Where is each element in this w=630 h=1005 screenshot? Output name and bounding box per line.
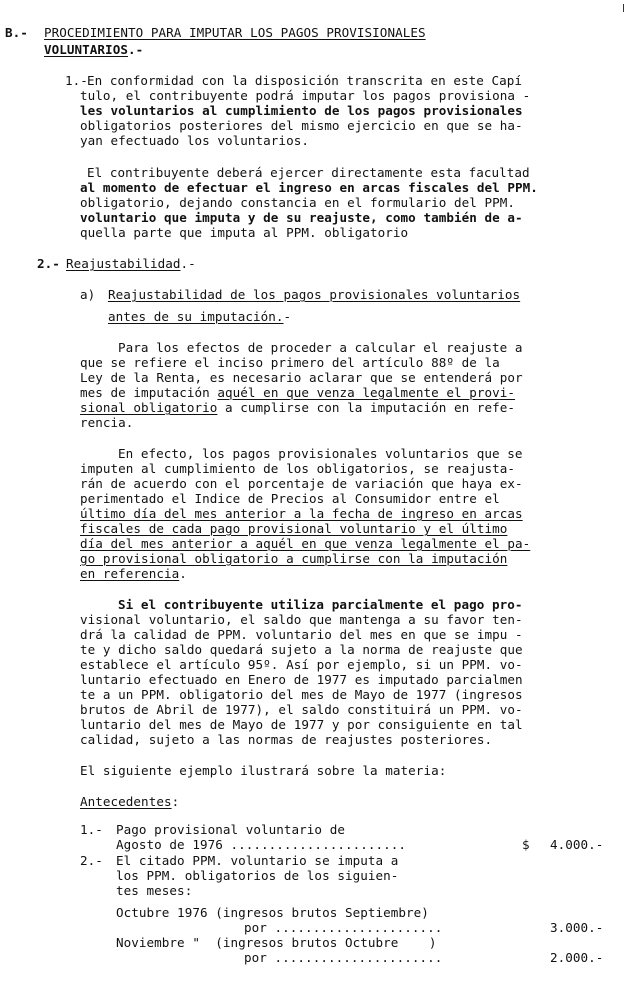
scan-mark: [623, 4, 624, 12]
month-line: por ......................: [244, 951, 442, 965]
currency-symbol: $: [522, 838, 530, 852]
p-line: que se refiere el inciso primero del art…: [80, 356, 500, 370]
p-line: en referencia.: [80, 567, 187, 581]
item1-p2-line: voluntario que imputa y de su reajuste, …: [80, 211, 523, 225]
item1-line: obligatorios posteriores del mismo ejerc…: [80, 119, 523, 133]
p-line: establece el artículo 95º. Así por ejemp…: [80, 658, 523, 672]
p-line: imputen al cumplimiento de los obligator…: [80, 462, 515, 476]
p-line: calidad, sujeto a las normas de reajuste…: [80, 733, 492, 747]
sub-a-marker: a): [80, 288, 95, 302]
p-line: go provisional obligatorio a cumplirse c…: [80, 552, 507, 566]
list-number: 1.-: [80, 823, 103, 837]
item2-heading: Reajustabilidad.-: [66, 257, 196, 271]
section-letter: B.-: [5, 26, 28, 40]
sub-a-heading: Reajustabilidad de los pagos provisional…: [108, 288, 520, 302]
month-line: por ......................: [244, 921, 442, 935]
p-line: Si el contribuyente utiliza parcialmente…: [118, 598, 523, 612]
item1-number: 1.-: [65, 74, 88, 88]
p-line: perimentado el Indice de Precios al Cons…: [80, 492, 500, 506]
section-title: PROCEDIMIENTO PARA IMPUTAR LOS PAGOS PRO…: [44, 26, 426, 40]
p-line: rencia.: [80, 416, 133, 430]
example-intro: El siguiente ejemplo ilustrará sobre la …: [80, 764, 446, 778]
amount: 4.000.-: [550, 838, 603, 852]
list-number: 2.-: [80, 854, 103, 868]
p-line: rán de acuerdo con el porcentaje de vari…: [80, 477, 523, 491]
p-line: mes de imputación aquél en que venza leg…: [80, 386, 515, 400]
amount: 3.000.-: [550, 921, 603, 935]
p-line: drá la calidad de PPM. voluntario del me…: [80, 628, 523, 642]
list-line: El citado PPM. voluntario se imputa a: [116, 854, 398, 868]
item1-line: tulo, el contribuyente podrá imputar los…: [80, 89, 530, 103]
p-line: te a un PPM. obligatorio del mes de Mayo…: [80, 688, 523, 702]
item1-p2-line: obligatorio, dejando constancia en el fo…: [80, 196, 515, 210]
sub-a-heading-cont: antes de su imputación.-: [108, 310, 291, 324]
p-line: visional voluntario, el saldo que manten…: [80, 613, 523, 627]
p-line: te y dicho saldo quedará sujeto a la nor…: [80, 643, 523, 657]
item2-number: 2.-: [37, 257, 60, 271]
item1-p2-line: El contribuyente deberá ejercer directam…: [87, 166, 530, 180]
item1-line: En conformidad con la disposición transc…: [87, 74, 522, 88]
p-line: luntario del mes de Mayo de 1977 y por c…: [80, 718, 523, 732]
p-line: luntario efectuado en Enero de 1977 es i…: [80, 673, 523, 687]
list-line: Pago provisional voluntario de: [116, 823, 345, 837]
p-line: brutos de Abril de 1977), el saldo const…: [80, 703, 523, 717]
list-line: Agosto de 1976 .......................: [116, 838, 406, 852]
item1-line: yan efectuado los voluntarios.: [80, 134, 309, 148]
list-line: los PPM. obligatorios de los siguien-: [116, 869, 398, 883]
p-line: fiscales de cada pago provisional volunt…: [80, 522, 507, 536]
p-line: En efecto, los pagos provisionales volun…: [118, 447, 523, 461]
month-line: Noviembre " (ingresos brutos Octubre ): [116, 936, 437, 950]
month-line: Octubre 1976 (ingresos brutos Septiembre…: [116, 906, 429, 920]
item1-p2-line: quella parte que imputa al PPM. obligato…: [80, 226, 408, 240]
p-line: día del mes anterior a aquél en que venz…: [80, 537, 530, 551]
p-line: Para los efectos de proceder a calcular …: [118, 341, 523, 355]
list-line: tes meses:: [116, 884, 192, 898]
p-line: último día del mes anterior a la fecha d…: [80, 507, 523, 521]
p-line: sional obligatorio a cumplirse con la im…: [80, 401, 515, 415]
item1-p2-line: al momento de efectuar el ingreso en arc…: [80, 181, 538, 195]
antecedentes-heading: Antecedentes:: [80, 795, 179, 809]
amount: 2.000.-: [550, 951, 603, 965]
section-title-cont: VOLUNTARIOS.-: [44, 43, 143, 57]
p-line: Ley de la Renta, es necesario aclarar qu…: [80, 371, 523, 385]
item1-line: les voluntarios al cumplimiento de los p…: [80, 104, 523, 118]
